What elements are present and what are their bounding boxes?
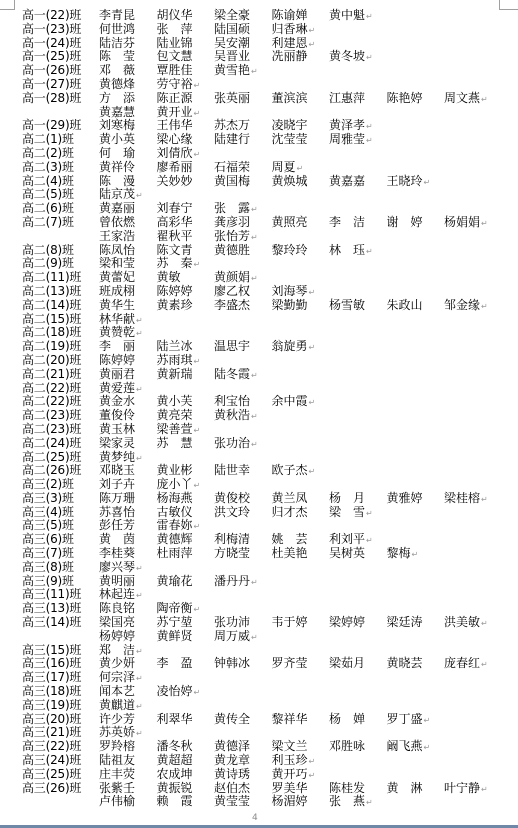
student-name: 洪美敏 (444, 616, 502, 630)
roster-row: 高一(29)班刘寒梅王伟华苏杰万凌晓宇黄泽孝 (22, 119, 502, 133)
student-name: 梁家灵 (99, 437, 157, 451)
student-name: 苏 秦 (157, 257, 215, 271)
student-name: 梁婷婷 (329, 616, 387, 630)
student-name: 林起连 (99, 588, 157, 602)
student-name: 陆世幸 (214, 464, 272, 478)
class-label (22, 795, 99, 809)
roster-row: 高三(21)班苏英娇 (22, 726, 502, 740)
student-name: 陈婷婷 (157, 285, 215, 299)
class-label: 高三(22)班 (22, 740, 99, 754)
student-name: 刘子卉 (99, 478, 157, 492)
student-name: 利梅清 (214, 533, 272, 547)
roster-row: 高三(25)班庄丰荧农成坤黄诗琇黄开巧 (22, 768, 502, 782)
class-label (22, 630, 99, 644)
student-name: 张英丽 (214, 92, 272, 106)
student-name: 方 添 (99, 92, 157, 106)
student-name: 邹金缘 (444, 299, 502, 313)
student-name: 钟韩冰 (214, 657, 272, 671)
student-name: 黄少妍 (99, 657, 157, 671)
student-name: 冼丽静 (272, 50, 330, 64)
class-label: 高二(7)班 (22, 216, 99, 230)
student-name: 黄国梅 (214, 175, 272, 189)
student-name: 黄素珍 (157, 299, 215, 313)
student-name: 黄丽君 (99, 368, 157, 382)
student-name: 黄瑜花 (157, 575, 215, 589)
roster-row: 高二(6)班黄嘉丽刘春宁张 露 (22, 202, 502, 216)
roster-row: 高二(1)班黄小英梁心缘陆建行沈莹莹周雅莹 (22, 133, 502, 147)
student-name: 庞春红 (444, 657, 502, 671)
class-label: 高二(24)班 (22, 437, 99, 451)
student-name: 梁文兰 (272, 740, 330, 754)
student-name: 张 燕 (329, 795, 387, 809)
student-name: 周万威 (214, 630, 272, 644)
student-name: 阚飞燕 (387, 740, 445, 754)
roster-row: 卢伟榆赖 霞黄莹莹杨湄婷张 燕 (22, 795, 502, 809)
student-name: 曾依燃 (99, 216, 157, 230)
roster-row: 高三(8)班廖兴琴 (22, 561, 502, 575)
student-name: 陆国硕 (214, 23, 272, 37)
student-name: 黄秋浩 (214, 409, 272, 423)
student-name: 黄德辉 (157, 533, 215, 547)
roster-row: 高二(11)班黄蕾妃黄敏黄颜娟 (22, 271, 502, 285)
student-name: 黄俊校 (214, 492, 272, 506)
student-name: 姚 芸 (272, 533, 330, 547)
class-label: 高三(13)班 (22, 602, 99, 616)
roster-row: 高三(11)班林起连 (22, 588, 502, 602)
roster-row: 高二(5)班陆京茂 (22, 188, 502, 202)
student-name: 方晓莹 (214, 547, 272, 561)
student-name: 王家浩 (99, 230, 157, 244)
student-name: 黄蕾妃 (99, 271, 157, 285)
student-name: 农成坤 (157, 768, 215, 782)
student-name: 张 萍 (157, 23, 215, 37)
roster-row: 高二(8)班陈凤怡陈文青黄德胜黎玲玲林 珏 (22, 244, 502, 258)
student-name: 李青昆 (99, 9, 157, 23)
student-name: 张怡芳 (214, 230, 272, 244)
roster-row: 高三(20)班许少芳利翠华黄传全黎祥华杨 婵罗丁盛 (22, 713, 502, 727)
student-name: 龚彦羽 (214, 216, 272, 230)
class-label: 高二(19)班 (22, 340, 99, 354)
student-name: 梁全豪 (214, 9, 272, 23)
student-name: 赖 霞 (157, 795, 215, 809)
student-name: 苏 慧 (157, 437, 215, 451)
document-page: 高一(22)班李青昆胡仪华梁全豪陈谕婵黄中魁高一(23)班何世鸿张 萍陆国硕归香… (22, 9, 502, 809)
student-name: 黄华生 (99, 299, 157, 313)
roster-row: 高三(14)班梁国亮苏宁堃张功沛韦于婷梁婷婷梁廷涛洪美敏 (22, 616, 502, 630)
student-name: 杨娟娟 (444, 216, 502, 230)
student-name: 梁心缘 (157, 133, 215, 147)
roster-row: 高三(16)班黄少妍李 盈钟韩冰罗齐莹梁茹月黄晓芸庞春红 (22, 657, 502, 671)
student-name: 班成栩 (99, 285, 157, 299)
student-name: 黄麒道 (99, 699, 157, 713)
student-name: 梁茹月 (329, 657, 387, 671)
student-name: 杨婷婷 (99, 630, 157, 644)
student-name: 吴安潮 (214, 37, 272, 51)
student-name: 陈良铭 (99, 602, 157, 616)
class-label: 高二(11)班 (22, 271, 99, 285)
class-label: 高三(18)班 (22, 685, 99, 699)
student-name: 沈莹莹 (272, 133, 330, 147)
roster-row: 高三(24)班陆祖友黄超超黄龙章利玉珍 (22, 754, 502, 768)
class-label: 高三(2)班 (22, 478, 99, 492)
student-name: 陈艳婷 (387, 92, 445, 106)
roster-row: 高二(13)班班成栩陈婷婷廖乙权刘海琴 (22, 285, 502, 299)
student-name: 黄兰凤 (272, 492, 330, 506)
roster-row: 高二(18)班黄赞乾 (22, 326, 502, 340)
student-name: 黄冬坡 (329, 50, 387, 64)
student-name: 古敏仪 (157, 506, 215, 520)
student-name: 利翠华 (157, 713, 215, 727)
student-name: 潘冬秋 (157, 740, 215, 754)
roster-row: 高三(5)班彭任芳雷春妳 (22, 519, 502, 533)
roster-row: 高二(3)班黄祥伶廖希丽石福荣周夏 (22, 161, 502, 175)
student-name: 关妙妙 (157, 175, 215, 189)
student-name: 黄雅婷 (387, 492, 445, 506)
student-name: 黄诗琇 (214, 768, 272, 782)
student-name: 黄嘉嘉 (329, 175, 387, 189)
roster-row: 高三(7)班李桂葵杜雨萍方晓莹杜美艳吴树英黎梅 (22, 547, 502, 561)
roster-row: 高二(7)班曾依燃高彩华龚彦羽黄照亮李 洁谢 婷杨娟娟 (22, 216, 502, 230)
student-name: 覃胜佳 (157, 64, 215, 78)
student-name: 苏宁堃 (157, 616, 215, 630)
roster-row: 高一(25)班陈 莹包文慧吴晋业冼丽静黄冬坡 (22, 50, 502, 64)
student-name: 庞小丫 (157, 478, 215, 492)
class-label: 高二(2)班 (22, 147, 99, 161)
student-name: 廖兴琴 (99, 561, 157, 575)
student-name: 何 瑜 (99, 147, 157, 161)
class-label: 高三(14)班 (22, 616, 99, 630)
student-name: 黄雪艳 (214, 64, 272, 78)
roster-row: 高二(26)班邓晓玉黄业彬陆世幸欧子杰 (22, 464, 502, 478)
student-name: 温思宇 (214, 340, 272, 354)
student-name: 周雅莹 (329, 133, 387, 147)
student-name: 刘寒梅 (99, 119, 157, 133)
student-name: 黄德胜 (214, 244, 272, 258)
roster-row: 高二(9)班梁和莹苏 秦 (22, 257, 502, 271)
class-label: 高三(3)班 (22, 492, 99, 506)
roster-row: 高三(26)班张紫壬黄振锐赵伯杰罗美华陈桂发黄 淋叶宁静 (22, 782, 502, 796)
student-name: 利刘平 (329, 533, 387, 547)
roster-row: 高三(4)班苏喜怡古敏仪洪文玲归才杰梁 雪 (22, 506, 502, 520)
student-name: 黄超超 (157, 754, 215, 768)
student-name: 赵伯杰 (214, 782, 272, 796)
student-name: 黄鲜贤 (157, 630, 215, 644)
student-name: 黄晓芸 (387, 657, 445, 671)
student-name: 余中霞 (272, 395, 330, 409)
class-label: 高三(26)班 (22, 782, 99, 796)
class-label (22, 230, 99, 244)
student-name: 周夏 (272, 161, 330, 175)
student-name: 陆兰冰 (157, 340, 215, 354)
student-name: 陈正源 (157, 92, 215, 106)
student-name: 邓 薇 (99, 64, 157, 78)
student-name: 陈谕婵 (272, 9, 330, 23)
student-name: 黄传全 (214, 713, 272, 727)
student-name: 黎梅 (387, 547, 445, 561)
student-name: 张功治 (214, 437, 272, 451)
student-name: 黄亮荣 (157, 409, 215, 423)
page-number: 4 (252, 813, 258, 823)
student-name: 欧子杰 (272, 464, 330, 478)
student-name: 廖乙权 (214, 285, 272, 299)
class-label: 高一(28)班 (22, 92, 99, 106)
class-label: 高二(3)班 (22, 161, 99, 175)
roster-row: 杨婷婷黄鲜贤周万威 (22, 630, 502, 644)
roster-row: 高一(23)班何世鸿张 萍陆国硕归香琳 (22, 23, 502, 37)
student-name: 邓胜咏 (329, 740, 387, 754)
class-label: 高一(26)班 (22, 64, 99, 78)
student-name: 石福荣 (214, 161, 272, 175)
student-name: 刘春宁 (157, 202, 215, 216)
student-name: 洪文玲 (214, 506, 272, 520)
roster-row: 高一(26)班邓 薇覃胜佳黄雪艳 (22, 64, 502, 78)
student-name: 张 露 (214, 202, 272, 216)
roster-row: 高三(6)班黄 茵黄德辉利梅清姚 芸利刘平 (22, 533, 502, 547)
student-name: 李桂葵 (99, 547, 157, 561)
student-name: 陶帝衡 (157, 602, 215, 616)
student-name: 黄开巧 (272, 768, 330, 782)
roster-row: 高三(9)班黄明丽黄瑜花潘丹丹 (22, 575, 502, 589)
class-label: 高二(23)班 (22, 409, 99, 423)
student-name: 李 洁 (329, 216, 387, 230)
student-name: 黄玉林 (99, 423, 157, 437)
class-label: 高一(27)班 (22, 78, 99, 92)
class-label: 高三(7)班 (22, 547, 99, 561)
class-label: 高二(13)班 (22, 285, 99, 299)
student-name: 黄嘉丽 (99, 202, 157, 216)
student-name: 梁善萱 (157, 423, 215, 437)
student-name: 陆冬霞 (214, 368, 272, 382)
class-label: 高二(6)班 (22, 202, 99, 216)
roster-row: 黄嘉慧黄开业 (22, 106, 502, 120)
student-name: 黄 淋 (387, 782, 445, 796)
class-label: 高一(23)班 (22, 23, 99, 37)
student-name: 李盛杰 (214, 299, 272, 313)
class-label: 高二(21)班 (22, 368, 99, 382)
student-name: 周文燕 (444, 92, 502, 106)
student-name: 罗丁盛 (387, 713, 445, 727)
student-name: 杨湄婷 (272, 795, 330, 809)
student-name: 梁桂榕 (444, 492, 502, 506)
student-name: 李 盈 (157, 657, 215, 671)
roster-row: 高二(2)班何 瑜刘倩欣 (22, 147, 502, 161)
student-name: 梁勤勤 (272, 299, 330, 313)
student-name: 凌怡婷 (157, 685, 215, 699)
roster-row: 高三(19)班黄麒道 (22, 699, 502, 713)
student-name: 杜雨萍 (157, 547, 215, 561)
student-name: 陆祖友 (99, 754, 157, 768)
student-name: 刘倩欣 (157, 147, 215, 161)
page-corner-mark-top-left (0, 0, 15, 10)
roster-row: 高一(24)班陆洁芬陆业锦吴安潮利建恩 (22, 37, 502, 51)
student-name: 梁国亮 (99, 616, 157, 630)
student-name: 罗羚榕 (99, 740, 157, 754)
student-name: 廖希丽 (157, 161, 215, 175)
student-name: 何世鸿 (99, 23, 157, 37)
student-name: 罗齐莹 (272, 657, 330, 671)
class-label: 高二(1)班 (22, 133, 99, 147)
student-name: 陆建行 (214, 133, 272, 147)
class-label: 高三(6)班 (22, 533, 99, 547)
class-label: 高三(24)班 (22, 754, 99, 768)
student-name: 张功沛 (214, 616, 272, 630)
student-name: 黄 茵 (99, 533, 157, 547)
student-name: 潘丹丹 (214, 575, 272, 589)
student-name: 杨雪敏 (329, 299, 387, 313)
roster-row: 高三(2)班刘子卉庞小丫 (22, 478, 502, 492)
class-label: 高一(22)班 (22, 9, 99, 23)
student-name: 黄德泽 (214, 740, 272, 754)
student-name: 归才杰 (272, 506, 330, 520)
student-name: 黎玲玲 (272, 244, 330, 258)
roster-row: 高三(3)班陈万珊杨海燕黄俊校黄兰凤杨 月黄雅婷梁桂榕 (22, 492, 502, 506)
student-name: 杨海燕 (157, 492, 215, 506)
student-name: 林 珏 (329, 244, 387, 258)
roster-row: 高二(25)班黄梦纯 (22, 451, 502, 465)
student-name: 陈文青 (157, 244, 215, 258)
student-name: 杨 婵 (329, 713, 387, 727)
roster-row: 高三(17)班何宗泽 (22, 671, 502, 685)
student-name: 胡仪华 (157, 9, 215, 23)
student-name: 黄焕城 (272, 175, 330, 189)
roster-row: 高三(15)班郑 洁 (22, 644, 502, 658)
roster-row: 高二(15)班林华献 (22, 313, 502, 327)
student-name: 杨 月 (329, 492, 387, 506)
roster-row: 高二(23)班董俊伶黄亮荣黄秋浩 (22, 409, 502, 423)
roster-row: 高二(24)班梁家灵苏 慧张功治 (22, 437, 502, 451)
student-name: 归香琳 (272, 23, 330, 37)
student-name: 何宗泽 (99, 671, 157, 685)
roster-row: 高一(22)班李青昆胡仪华梁全豪陈谕婵黄中魁 (22, 9, 502, 23)
student-name: 梁廷涛 (387, 616, 445, 630)
class-label: 高二(23)班 (22, 423, 99, 437)
roster-row: 高二(22)班黄爱莲 (22, 382, 502, 396)
roster-row: 高二(21)班黄丽君黄新瑞陆冬霞 (22, 368, 502, 382)
roster-row: 高一(27)班黄德烽劳守裕 (22, 78, 502, 92)
student-name: 闻本艺 (99, 685, 157, 699)
student-name: 卢伟榆 (99, 795, 157, 809)
class-label: 高三(17)班 (22, 671, 99, 685)
student-name: 吴树英 (329, 547, 387, 561)
student-name: 翁旋勇 (272, 340, 330, 354)
student-name: 谢 婷 (387, 216, 445, 230)
student-name: 黄莹莹 (214, 795, 272, 809)
class-label: 高三(25)班 (22, 768, 99, 782)
student-name: 黄颜娟 (214, 271, 272, 285)
roster-row: 高二(19)班李 丽陆兰冰温思宇翁旋勇 (22, 340, 502, 354)
student-name: 陆洁芬 (99, 37, 157, 51)
student-name: 黄中魁 (329, 9, 387, 23)
student-name: 刘海琴 (272, 285, 330, 299)
student-name: 江惠萍 (329, 92, 387, 106)
roster-row: 王家浩翟秋平张怡芳 (22, 230, 502, 244)
class-label: 高二(14)班 (22, 299, 99, 313)
class-label: 高三(19)班 (22, 699, 99, 713)
student-name: 高彩华 (157, 216, 215, 230)
roster-row: 高三(18)班闻本艺凌怡婷 (22, 685, 502, 699)
roster-row: 高二(4)班陈 漫关妙妙黄国梅黄焕城黄嘉嘉王晓玲 (22, 175, 502, 189)
class-label: 高二(20)班 (22, 354, 99, 368)
student-name: 叶宁静 (444, 782, 502, 796)
student-name: 韦于婷 (272, 616, 330, 630)
student-name: 董俊伶 (99, 409, 157, 423)
student-name: 黄小英 (99, 133, 157, 147)
student-name: 黎祥华 (272, 713, 330, 727)
student-name: 黄祥伶 (99, 161, 157, 175)
student-name: 王晓玲 (387, 175, 445, 189)
roster-row: 高二(20)班陈婷婷苏雨琪 (22, 354, 502, 368)
student-name: 李 丽 (99, 340, 157, 354)
student-name: 苏雨琪 (157, 354, 215, 368)
student-name: 杜美艳 (272, 547, 330, 561)
roster-row: 高三(13)班陈良铭陶帝衡 (22, 602, 502, 616)
class-label: 高三(8)班 (22, 561, 99, 575)
student-name: 陈万珊 (99, 492, 157, 506)
student-name: 黄德烽 (99, 78, 157, 92)
student-name: 黄新瑞 (157, 368, 215, 382)
student-name: 庄丰荧 (99, 768, 157, 782)
student-name: 劳守裕 (157, 78, 215, 92)
student-name: 董滨滨 (272, 92, 330, 106)
roster-row: 高二(22)班黄金水黄小芙利宝怡余中霞 (22, 395, 502, 409)
student-name: 黄照亮 (272, 216, 330, 230)
student-name: 陈婷婷 (99, 354, 157, 368)
student-name: 黄敏 (157, 271, 215, 285)
student-name: 朱政山 (387, 299, 445, 313)
student-name: 利玉珍 (272, 754, 330, 768)
student-name: 翟秋平 (157, 230, 215, 244)
student-name: 梁 雪 (329, 506, 387, 520)
roster-row: 高三(22)班罗羚榕潘冬秋黄德泽梁文兰邓胜咏阚飞燕 (22, 740, 502, 754)
roster-row: 高二(14)班黄华生黄素珍李盛杰梁勤勤杨雪敏朱政山邹金缘 (22, 299, 502, 313)
roster-row: 高一(28)班方 添陈正源张英丽董滨滨江惠萍陈艳婷周文燕 (22, 92, 502, 106)
roster-row: 高二(23)班黄玉林梁善萱 (22, 423, 502, 437)
student-name: 黄龙章 (214, 754, 272, 768)
